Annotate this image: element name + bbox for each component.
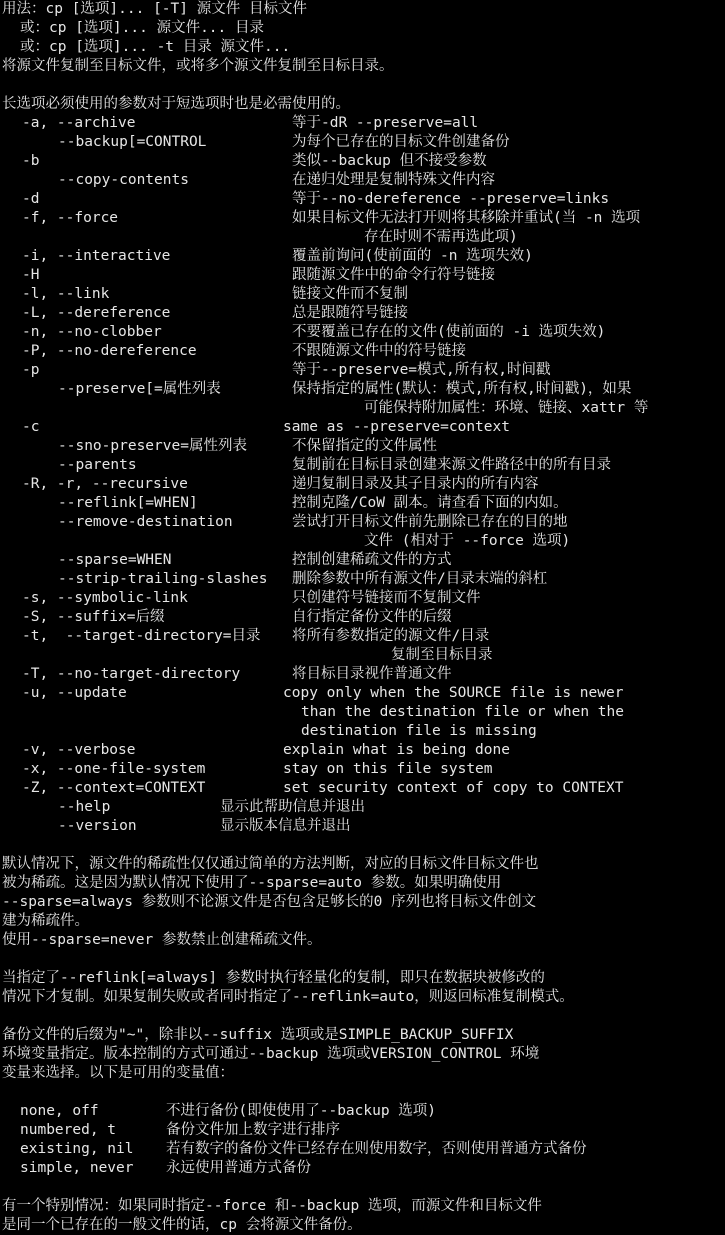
terminal-line: 被为稀疏。这是因为默认情况下使用了--sparse=auto 参数。如果明确使用	[0, 874, 725, 893]
terminal-line: -H跟随源文件中的命令行符号链接	[0, 266, 725, 285]
terminal-line: -S, --suffix=后缀自行指定备份文件的后缀	[0, 608, 725, 627]
terminal-line: 将源文件复制至目标文件，或将多个源文件复制至目标目录。	[0, 57, 725, 76]
option-description: 类似--backup 但不接受参数	[292, 152, 487, 171]
option-flag: -i, --interactive	[22, 247, 170, 266]
option-flag: -t, --target-directory=目录	[22, 627, 261, 646]
terminal-line: --strip-trailing-slashes删除参数中所有源文件/目录末端的…	[0, 570, 725, 589]
option-description: 显示版本信息并退出	[220, 817, 351, 836]
option-flag: --strip-trailing-slashes	[58, 570, 268, 589]
terminal-line: -p等于--preserve=模式,所有权,时间戳	[0, 361, 725, 380]
option-flag: -Z, --context=CONTEXT	[22, 779, 205, 798]
option-flag: -l, --link	[22, 285, 109, 304]
terminal-line: -P, --no-dereference不跟随源文件中的符号链接	[0, 342, 725, 361]
option-description: 将目标目录视作普通文件	[292, 665, 452, 684]
option-description: stay on this file system	[283, 760, 493, 779]
terminal-line: destination file is missing	[0, 722, 725, 741]
terminal-line: -L, --dereference总是跟随符号链接	[0, 304, 725, 323]
option-description: 尝试打开目标文件前先删除已存在的目的地	[292, 513, 568, 532]
option-description: same as --preserve=context	[283, 418, 510, 437]
option-description: 控制创建稀疏文件的方式	[292, 551, 452, 570]
terminal-line: -T, --no-target-directory将目标目录视作普通文件	[0, 665, 725, 684]
line-text: 存在时则不需再选此项)	[364, 228, 518, 247]
option-flag: -R, -r, --recursive	[22, 475, 188, 494]
terminal-line: --help显示此帮助信息并退出	[0, 798, 725, 817]
terminal-line: -s, --symbolic-link只创建符号链接而不复制文件	[0, 589, 725, 608]
option-description: 若有数字的备份文件已经存在则使用数字，否则使用普通方式备份	[166, 1140, 587, 1159]
option-flag: -n, --no-clobber	[22, 323, 162, 342]
option-flag: simple, never	[20, 1159, 134, 1178]
line-text: than the destination file or when the	[301, 703, 624, 722]
option-description: 链接文件而不复制	[292, 285, 408, 304]
option-flag: -b	[22, 152, 39, 171]
line-text: 情况下才复制。如果复制失败或者同时指定了--reflink=auto，则返回标准…	[2, 988, 574, 1007]
terminal-line: -f, --force如果目标文件无法打开则将其移除并重试(当 -n 选项	[0, 209, 725, 228]
terminal-line: 当指定了--reflink[=always] 参数时执行轻量化的复制，即只在数据…	[0, 969, 725, 988]
line-text: 或：cp [选项]... -t 目录 源文件...	[20, 38, 290, 57]
terminal-line: --copy-contents在递归处理是复制特殊文件内容	[0, 171, 725, 190]
terminal-line: -d等于--no-dereference --preserve=links	[0, 190, 725, 209]
terminal-line: 可能保持附加属性：环境、链接、xattr 等	[0, 399, 725, 418]
terminal-line: 长选项必须使用的参数对于短选项时也是必需使用的。	[0, 95, 725, 114]
option-flag: --version	[58, 817, 137, 836]
line-text: 当指定了--reflink[=always] 参数时执行轻量化的复制，即只在数据…	[2, 969, 545, 988]
terminal-line: 情况下才复制。如果复制失败或者同时指定了--reflink=auto，则返回标准…	[0, 988, 725, 1007]
option-flag: --remove-destination	[58, 513, 233, 532]
terminal-line: 默认情况下，源文件的稀疏性仅仅通过简单的方法判断，对应的目标文件目标文件也	[0, 855, 725, 874]
option-flag: -x, --one-file-system	[22, 760, 205, 779]
option-description: 覆盖前询问(使前面的 -n 选项失效)	[292, 247, 533, 266]
terminal-line: 有一个特别情况：如果同时指定--force 和--backup 选项，而源文件和…	[0, 1197, 725, 1216]
terminal-line: than the destination file or when the	[0, 703, 725, 722]
terminal-line: --reflink[=WHEN]控制克隆/CoW 副本。请查看下面的内如。	[0, 494, 725, 513]
terminal-line: -Z, --context=CONTEXTset security contex…	[0, 779, 725, 798]
option-flag: -v, --verbose	[22, 741, 136, 760]
terminal-line: 或：cp [选项]... 源文件... 目录	[0, 19, 725, 38]
option-description: 在递归处理是复制特殊文件内容	[292, 171, 495, 190]
line-text: 长选项必须使用的参数对于短选项时也是必需使用的。	[2, 95, 350, 114]
terminal-line: none, off不进行备份(即使使用了--backup 选项)	[0, 1102, 725, 1121]
terminal-line: numbered, t备份文件加上数字进行排序	[0, 1121, 725, 1140]
option-flag: -u, --update	[22, 684, 127, 703]
option-flag: -S, --suffix=后缀	[22, 608, 165, 627]
option-description: 不保留指定的文件属性	[292, 437, 437, 456]
terminal-line: 环境变量指定。版本控制的方式可通过--backup 选项或VERSION_CON…	[0, 1045, 725, 1064]
option-description: 等于--preserve=模式,所有权,时间戳	[292, 361, 551, 380]
option-flag: -c	[22, 418, 39, 437]
terminal-line: 文件 (相对于 --force 选项)	[0, 532, 725, 551]
option-description: 总是跟随符号链接	[292, 304, 408, 323]
terminal-line: 复制至目标目录	[0, 646, 725, 665]
option-flag: -s, --symbolic-link	[22, 589, 188, 608]
line-text: 变量来选择。以下是可用的变量值：	[2, 1064, 234, 1083]
terminal-line: 或：cp [选项]... -t 目录 源文件...	[0, 38, 725, 57]
line-text: 环境变量指定。版本控制的方式可通过--backup 选项或VERSION_CON…	[2, 1045, 539, 1064]
terminal-line: -R, -r, --recursive递归复制目录及其子目录内的所有内容	[0, 475, 725, 494]
line-text: 被为稀疏。这是因为默认情况下使用了--sparse=auto 参数。如果明确使用	[2, 874, 501, 893]
terminal-line: -v, --verboseexplain what is being done	[0, 741, 725, 760]
option-flag: -L, --dereference	[22, 304, 170, 323]
option-description: set security context of copy to CONTEXT	[283, 779, 623, 798]
line-text: 将源文件复制至目标文件，或将多个源文件复制至目标目录。	[2, 57, 394, 76]
option-flag: none, off	[20, 1102, 99, 1121]
terminal-line: --backup[=CONTROL为每个已存在的目标文件创建备份	[0, 133, 725, 152]
option-flag: --parents	[58, 456, 137, 475]
line-text: destination file is missing	[301, 722, 537, 741]
option-description: 不要覆盖已存在的文件(使前面的 -i 选项失效)	[292, 323, 605, 342]
terminal-line: 是同一个已存在的一般文件的话，cp 会将源文件备份。	[0, 1216, 725, 1235]
terminal-line: -x, --one-file-systemstay on this file s…	[0, 760, 725, 779]
line-text: 文件 (相对于 --force 选项)	[364, 532, 570, 551]
terminal-line: 备份文件的后缀为"~"，除非以--suffix 选项或是SIMPLE_BACKU…	[0, 1026, 725, 1045]
option-description: 将所有参数指定的源文件/目录	[292, 627, 489, 646]
option-flag: numbered, t	[20, 1121, 116, 1140]
option-description: 删除参数中所有源文件/目录末端的斜杠	[292, 570, 547, 589]
terminal-line: -t, --target-directory=目录将所有参数指定的源文件/目录	[0, 627, 725, 646]
terminal-line: --remove-destination尝试打开目标文件前先删除已存在的目的地	[0, 513, 725, 532]
option-description: copy only when the SOURCE file is newer	[283, 684, 623, 703]
terminal-line: -l, --link链接文件而不复制	[0, 285, 725, 304]
option-flag: -f, --force	[22, 209, 118, 228]
terminal-line: --parents复制前在目标目录创建来源文件路径中的所有目录	[0, 456, 725, 475]
option-description: 递归复制目录及其子目录内的所有内容	[292, 475, 539, 494]
line-text: --sparse=always 参数则不论源文件是否包含足够长的0 序列也将目标…	[2, 893, 536, 912]
option-flag: -d	[22, 190, 39, 209]
option-description: 等于-dR --preserve=all	[292, 114, 478, 133]
terminal-line: 使用--sparse=never 参数禁止创建稀疏文件。	[0, 931, 725, 950]
option-flag: --sparse=WHEN	[58, 551, 172, 570]
line-text: 默认情况下，源文件的稀疏性仅仅通过简单的方法判断，对应的目标文件目标文件也	[2, 855, 539, 874]
line-text: 可能保持附加属性：环境、链接、xattr 等	[364, 399, 648, 418]
option-description: 不跟随源文件中的符号链接	[292, 342, 466, 361]
option-description: 显示此帮助信息并退出	[220, 798, 365, 817]
terminal-line: 用法：cp [选项]... [-T] 源文件 目标文件	[0, 0, 725, 19]
terminal-line: simple, never永远使用普通方式备份	[0, 1159, 725, 1178]
option-flag: --reflink[=WHEN]	[58, 494, 198, 513]
line-text: 或：cp [选项]... 源文件... 目录	[20, 19, 264, 38]
option-description: 备份文件加上数字进行排序	[166, 1121, 340, 1140]
line-text: 有一个特别情况：如果同时指定--force 和--backup 选项，而源文件和…	[2, 1197, 542, 1216]
line-text: 复制至目标目录	[391, 646, 493, 665]
option-flag: -P, --no-dereference	[22, 342, 197, 361]
option-flag: -T, --no-target-directory	[22, 665, 240, 684]
option-description: 自行指定备份文件的后缀	[292, 608, 452, 627]
terminal-line: --sparse=always 参数则不论源文件是否包含足够长的0 序列也将目标…	[0, 893, 725, 912]
option-description: explain what is being done	[283, 741, 510, 760]
option-flag: --backup[=CONTROL	[58, 133, 206, 152]
option-flag: -a, --archive	[22, 114, 136, 133]
option-description: 复制前在目标目录创建来源文件路径中的所有目录	[292, 456, 611, 475]
line-text: 是同一个已存在的一般文件的话，cp 会将源文件备份。	[2, 1216, 362, 1235]
option-description: 跟随源文件中的命令行符号链接	[292, 266, 495, 285]
option-flag: --help	[58, 798, 110, 817]
line-text: 建为稀疏件。	[2, 912, 89, 931]
option-description: 只创建符号链接而不复制文件	[292, 589, 481, 608]
terminal-line: 建为稀疏件。	[0, 912, 725, 931]
option-flag: --preserve[=属性列表	[58, 380, 221, 399]
option-flag: --sno-preserve=属性列表	[58, 437, 247, 456]
option-flag: -p	[22, 361, 39, 380]
terminal-line: -n, --no-clobber不要覆盖已存在的文件(使前面的 -i 选项失效)	[0, 323, 725, 342]
terminal-line: -b类似--backup 但不接受参数	[0, 152, 725, 171]
option-description: 为每个已存在的目标文件创建备份	[292, 133, 510, 152]
option-description: 保持指定的属性(默认：模式,所有权,时间戳)，如果	[292, 380, 631, 399]
terminal-line: -a, --archive等于-dR --preserve=all	[0, 114, 725, 133]
terminal-line: -csame as --preserve=context	[0, 418, 725, 437]
option-flag: -H	[22, 266, 39, 285]
line-text: 使用--sparse=never 参数禁止创建稀疏文件。	[2, 931, 321, 950]
terminal-line: --preserve[=属性列表保持指定的属性(默认：模式,所有权,时间戳)，如…	[0, 380, 725, 399]
terminal-line: 存在时则不需再选此项)	[0, 228, 725, 247]
option-description: 永远使用普通方式备份	[166, 1159, 311, 1178]
option-flag: existing, nil	[20, 1140, 134, 1159]
terminal-line: --sno-preserve=属性列表不保留指定的文件属性	[0, 437, 725, 456]
terminal-line: -i, --interactive覆盖前询问(使前面的 -n 选项失效)	[0, 247, 725, 266]
terminal-line: 变量来选择。以下是可用的变量值：	[0, 1064, 725, 1083]
terminal-line: -u, --updatecopy only when the SOURCE fi…	[0, 684, 725, 703]
terminal-line: --sparse=WHEN控制创建稀疏文件的方式	[0, 551, 725, 570]
terminal-line: --version显示版本信息并退出	[0, 817, 725, 836]
line-text: 备份文件的后缀为"~"，除非以--suffix 选项或是SIMPLE_BACKU…	[2, 1026, 513, 1045]
option-description: 如果目标文件无法打开则将其移除并重试(当 -n 选项	[292, 209, 640, 228]
option-flag: --copy-contents	[58, 171, 189, 190]
option-description: 控制克隆/CoW 副本。请查看下面的内如。	[292, 494, 568, 513]
line-text: 用法：cp [选项]... [-T] 源文件 目标文件	[2, 0, 307, 19]
option-description: 等于--no-dereference --preserve=links	[292, 190, 609, 209]
option-description: 不进行备份(即使使用了--backup 选项)	[166, 1102, 436, 1121]
terminal-line: existing, nil若有数字的备份文件已经存在则使用数字，否则使用普通方式…	[0, 1140, 725, 1159]
